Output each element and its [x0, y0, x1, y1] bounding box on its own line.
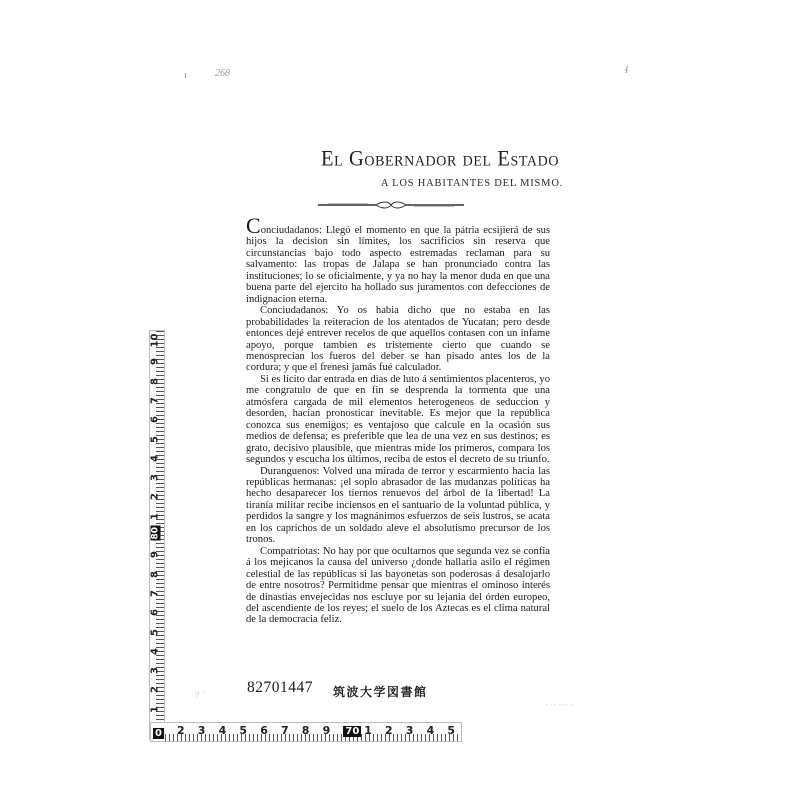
margin-tick-mark: ı — [184, 70, 187, 81]
proclamation-body: Conciudadanos: Llegó el momento en que l… — [246, 220, 550, 626]
ruler-label: 7 — [150, 588, 161, 598]
paragraph: Conciudadanos: Llegó el momento en que l… — [246, 220, 550, 305]
ruler-label: 2 — [150, 492, 161, 502]
ruler-label: 4 — [219, 724, 227, 737]
ruler-label: 2 — [385, 724, 393, 737]
ruler-label: 3 — [150, 666, 161, 676]
faint-pencil-note: · ·· ··· · — [545, 700, 573, 710]
faint-stamp-smudge: ﾂ ﾞ — [195, 688, 206, 701]
ruler-label: 10 — [150, 338, 161, 348]
ruler-label: 3 — [198, 724, 206, 737]
ruler-label: 4 — [150, 453, 161, 463]
ruler-label: 6 — [150, 608, 161, 618]
ruler-label: 4 — [427, 724, 435, 737]
paragraph: Compatriotas: No hay por que ocultarnos … — [246, 546, 550, 626]
ruler-label: 9 — [150, 357, 161, 367]
ruler-label: 9 — [323, 724, 331, 737]
ruler-label: 9 — [150, 550, 161, 560]
document-subtitle: A los habitantes del mismo. — [72, 178, 800, 189]
ruler-label: 5 — [447, 724, 455, 737]
ruler-label: 0 — [153, 728, 164, 739]
library-name-stamp: 筑波大学図書館 — [333, 683, 428, 700]
ruler-label: 1 — [150, 511, 161, 521]
ruler-label: 80 — [150, 531, 161, 541]
ruler-label: 4 — [150, 646, 161, 656]
ruler-label: 8 — [150, 569, 161, 579]
ruler-label: 6 — [260, 724, 268, 737]
ruler-label: 5 — [239, 724, 247, 737]
ruler-label: 8 — [150, 376, 161, 386]
ruler-label: 2 — [150, 685, 161, 695]
corner-pencil-mark: ɬ — [625, 64, 628, 76]
ruler-label: 1 — [150, 704, 161, 714]
horizontal-scale-ruler: 0234567897012345 — [150, 722, 462, 742]
ruler-label: 3 — [406, 724, 414, 737]
vertical-scale-ruler: 01234567898012345678910 — [149, 330, 165, 740]
ruler-label: 6 — [150, 415, 161, 425]
ruler-label: 70 — [343, 724, 361, 737]
ruler-label: 3 — [150, 473, 161, 483]
catalog-number-stamp: 82701447 — [247, 679, 313, 697]
paragraph: Si es lícito dar entrada en dias de luto… — [246, 374, 550, 466]
ornamental-rule-divider — [318, 200, 464, 210]
ruler-ticks — [165, 734, 461, 741]
ruler-label: 7 — [150, 395, 161, 405]
paragraph: Conciudadanos: Yo os habia dicho que no … — [246, 305, 550, 374]
ruler-label: 1 — [364, 724, 372, 737]
handwritten-page-number: 268 — [215, 68, 230, 79]
ruler-label: 8 — [302, 724, 310, 737]
ruler-label: 5 — [150, 627, 161, 637]
paragraph: Duranguenos: Volved una mirada de terror… — [246, 466, 550, 546]
ruler-label: 7 — [281, 724, 289, 737]
document-title: El Gobernador del Estado — [40, 147, 800, 172]
ruler-label: 5 — [150, 434, 161, 444]
ruler-label: 2 — [177, 724, 185, 737]
